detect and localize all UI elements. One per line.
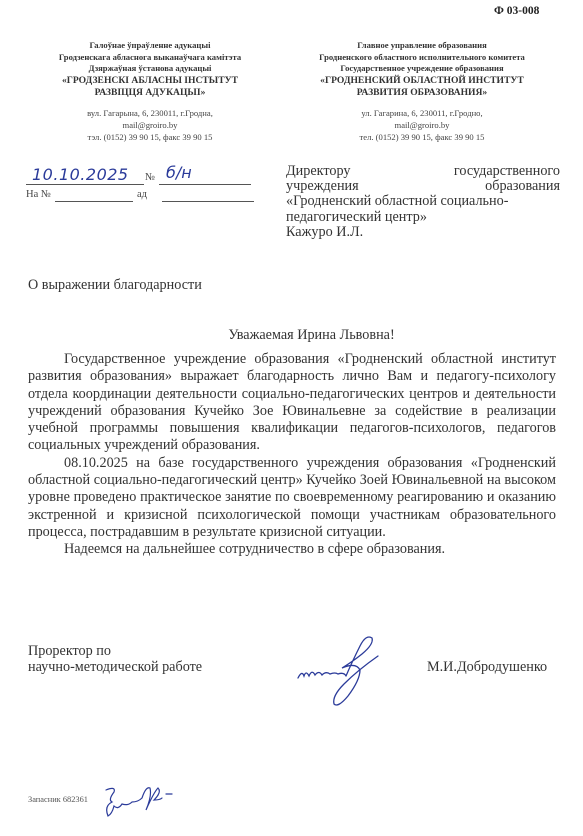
phone: тел. (0152) 39 90 15, факс 39 90 15: [284, 132, 560, 144]
address: вул. Гагарына, 6, 230011, г.Гродна,: [22, 108, 278, 120]
addressee-text: государственного: [454, 164, 560, 179]
letterhead-line: Галоўнае ўпраўленне адукацыі: [22, 40, 278, 52]
letter-body: Государственное учреждение образования «…: [28, 351, 556, 559]
position-line: научно-методической работе: [28, 659, 202, 675]
addressee-block: Директоругосударственного учрежденияобра…: [286, 164, 560, 240]
signatory-name: М.И.Добродушенко: [427, 659, 547, 676]
addressee-text: «Гродненский областной социально-: [286, 194, 560, 209]
institution-name: «ГРОДНЕНСКИЙ ОБЛАСТНОЙ ИНСТИТУТ: [284, 75, 560, 87]
addressee-text: учреждения: [286, 179, 359, 194]
handwritten-date: 10.10.2025: [32, 165, 129, 184]
addressee-text: педагогический центр»: [286, 210, 560, 225]
number-label: №: [145, 172, 155, 183]
executor-label: Запасник 682361: [28, 795, 88, 804]
executor-signature-icon: [100, 778, 190, 828]
email: mail@groiro.by: [284, 120, 560, 132]
email: mail@groiro.by: [22, 120, 278, 132]
signatory-position: Проректор по научно-методической работе: [28, 643, 202, 675]
paragraph: Надеемся на дальнейшее сотрудничество в …: [28, 541, 556, 558]
date-underline: [26, 184, 144, 185]
institution-name: РАЗВІЦЦЯ АДУКАЦЫІ»: [22, 87, 278, 99]
addressee-name: Кажуро И.Л.: [286, 225, 560, 240]
date-number-line: 10.10.2025 № б/н: [26, 165, 256, 185]
letterhead-line: Гродзенскага абласнога выканаўчага каміт…: [22, 52, 278, 64]
paragraph: Государственное учреждение образования «…: [28, 351, 556, 455]
paragraph: 08.10.2025 на базе государственного учре…: [28, 455, 556, 541]
addressee-text: Директору: [286, 164, 350, 179]
number-underline: [159, 184, 251, 185]
phone: тэл. (0152) 39 90 15, факс 39 90 15: [22, 132, 278, 144]
institution-name: «ГРОДЗЕНСКІ АБЛАСНЫ ІНСТЫТУТ: [22, 75, 278, 87]
letterhead-russian: Главное управление образования Гродненск…: [284, 40, 560, 143]
greeting: Уважаемая Ирина Львовна!: [0, 327, 583, 344]
letterhead-line: Дзяржаўная ўстанова адукацыі: [22, 63, 278, 75]
signature-icon: [290, 632, 430, 712]
handwritten-number: б/н: [166, 163, 192, 182]
reference-label: На №: [26, 189, 51, 200]
institution-name: РАЗВИТИЯ ОБРАЗОВАНИЯ»: [284, 87, 560, 99]
reference-line: На № ад: [26, 187, 256, 207]
letterhead-line: Гродненского областного исполнительного …: [284, 52, 560, 64]
registration-block: 10.10.2025 № б/н На № ад: [26, 165, 256, 207]
reference-from-label: ад: [137, 189, 147, 200]
reference-underline: [55, 201, 133, 202]
letterhead-line: Главное управление образования: [284, 40, 560, 52]
reference-date-underline: [162, 201, 254, 202]
position-line: Проректор по: [28, 643, 202, 659]
address: ул. Гагарина, 6, 230011, г.Гродно,: [284, 108, 560, 120]
form-code: Ф 03-008: [494, 5, 539, 17]
addressee-text: образования: [485, 179, 560, 194]
letterhead-belarusian: Галоўнае ўпраўленне адукацыі Гродзенскаг…: [22, 40, 278, 143]
letterhead-line: Государственное учреждение образования: [284, 63, 560, 75]
letter-subject: О выражении благодарности: [28, 277, 202, 294]
